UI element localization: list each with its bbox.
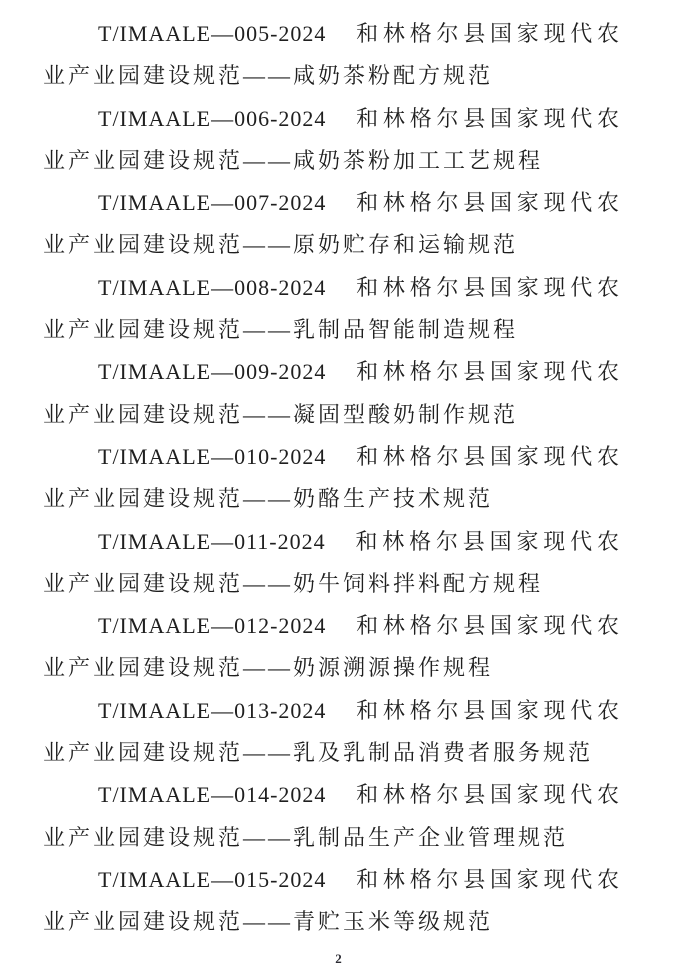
standard-code: T/IMAALE—008-2024 — [98, 275, 326, 300]
page-number: 2 — [0, 951, 677, 967]
standard-entry: T/IMAALE—005-2024和林格尔县国家现代农业产业园建设规范——咸奶茶… — [43, 13, 622, 98]
standard-code: T/IMAALE—011-2024 — [98, 529, 326, 554]
standard-entry: T/IMAALE—009-2024和林格尔县国家现代农业产业园建设规范——凝固型… — [43, 351, 622, 436]
standard-entry: T/IMAALE—008-2024和林格尔县国家现代农业产业园建设规范——乳制品… — [43, 267, 622, 352]
standard-code: T/IMAALE—005-2024 — [98, 21, 326, 46]
standard-code: T/IMAALE—009-2024 — [98, 359, 326, 384]
standard-code: T/IMAALE—010-2024 — [98, 444, 326, 469]
document-page: T/IMAALE—005-2024和林格尔县国家现代农业产业园建设规范——咸奶茶… — [0, 0, 677, 975]
standard-code: T/IMAALE—013-2024 — [98, 698, 326, 723]
standard-code: T/IMAALE—014-2024 — [98, 782, 326, 807]
standard-entry: T/IMAALE—013-2024和林格尔县国家现代农业产业园建设规范——乳及乳… — [43, 690, 622, 775]
standards-list: T/IMAALE—005-2024和林格尔县国家现代农业产业园建设规范——咸奶茶… — [0, 0, 677, 944]
standard-entry: T/IMAALE—015-2024和林格尔县国家现代农业产业园建设规范——青贮玉… — [43, 859, 622, 944]
standard-entry: T/IMAALE—007-2024和林格尔县国家现代农业产业园建设规范——原奶贮… — [43, 182, 622, 267]
standard-code: T/IMAALE—015-2024 — [98, 867, 326, 892]
standard-code: T/IMAALE—006-2024 — [98, 106, 326, 131]
standard-entry: T/IMAALE—006-2024和林格尔县国家现代农业产业园建设规范——咸奶茶… — [43, 98, 622, 183]
standard-entry: T/IMAALE—014-2024和林格尔县国家现代农业产业园建设规范——乳制品… — [43, 774, 622, 859]
standard-code: T/IMAALE—012-2024 — [98, 613, 326, 638]
standard-entry: T/IMAALE—011-2024和林格尔县国家现代农业产业园建设规范——奶牛饲… — [43, 521, 622, 606]
standard-entry: T/IMAALE—010-2024和林格尔县国家现代农业产业园建设规范——奶酪生… — [43, 436, 622, 521]
standard-entry: T/IMAALE—012-2024和林格尔县国家现代农业产业园建设规范——奶源溯… — [43, 605, 622, 690]
standard-code: T/IMAALE—007-2024 — [98, 190, 326, 215]
